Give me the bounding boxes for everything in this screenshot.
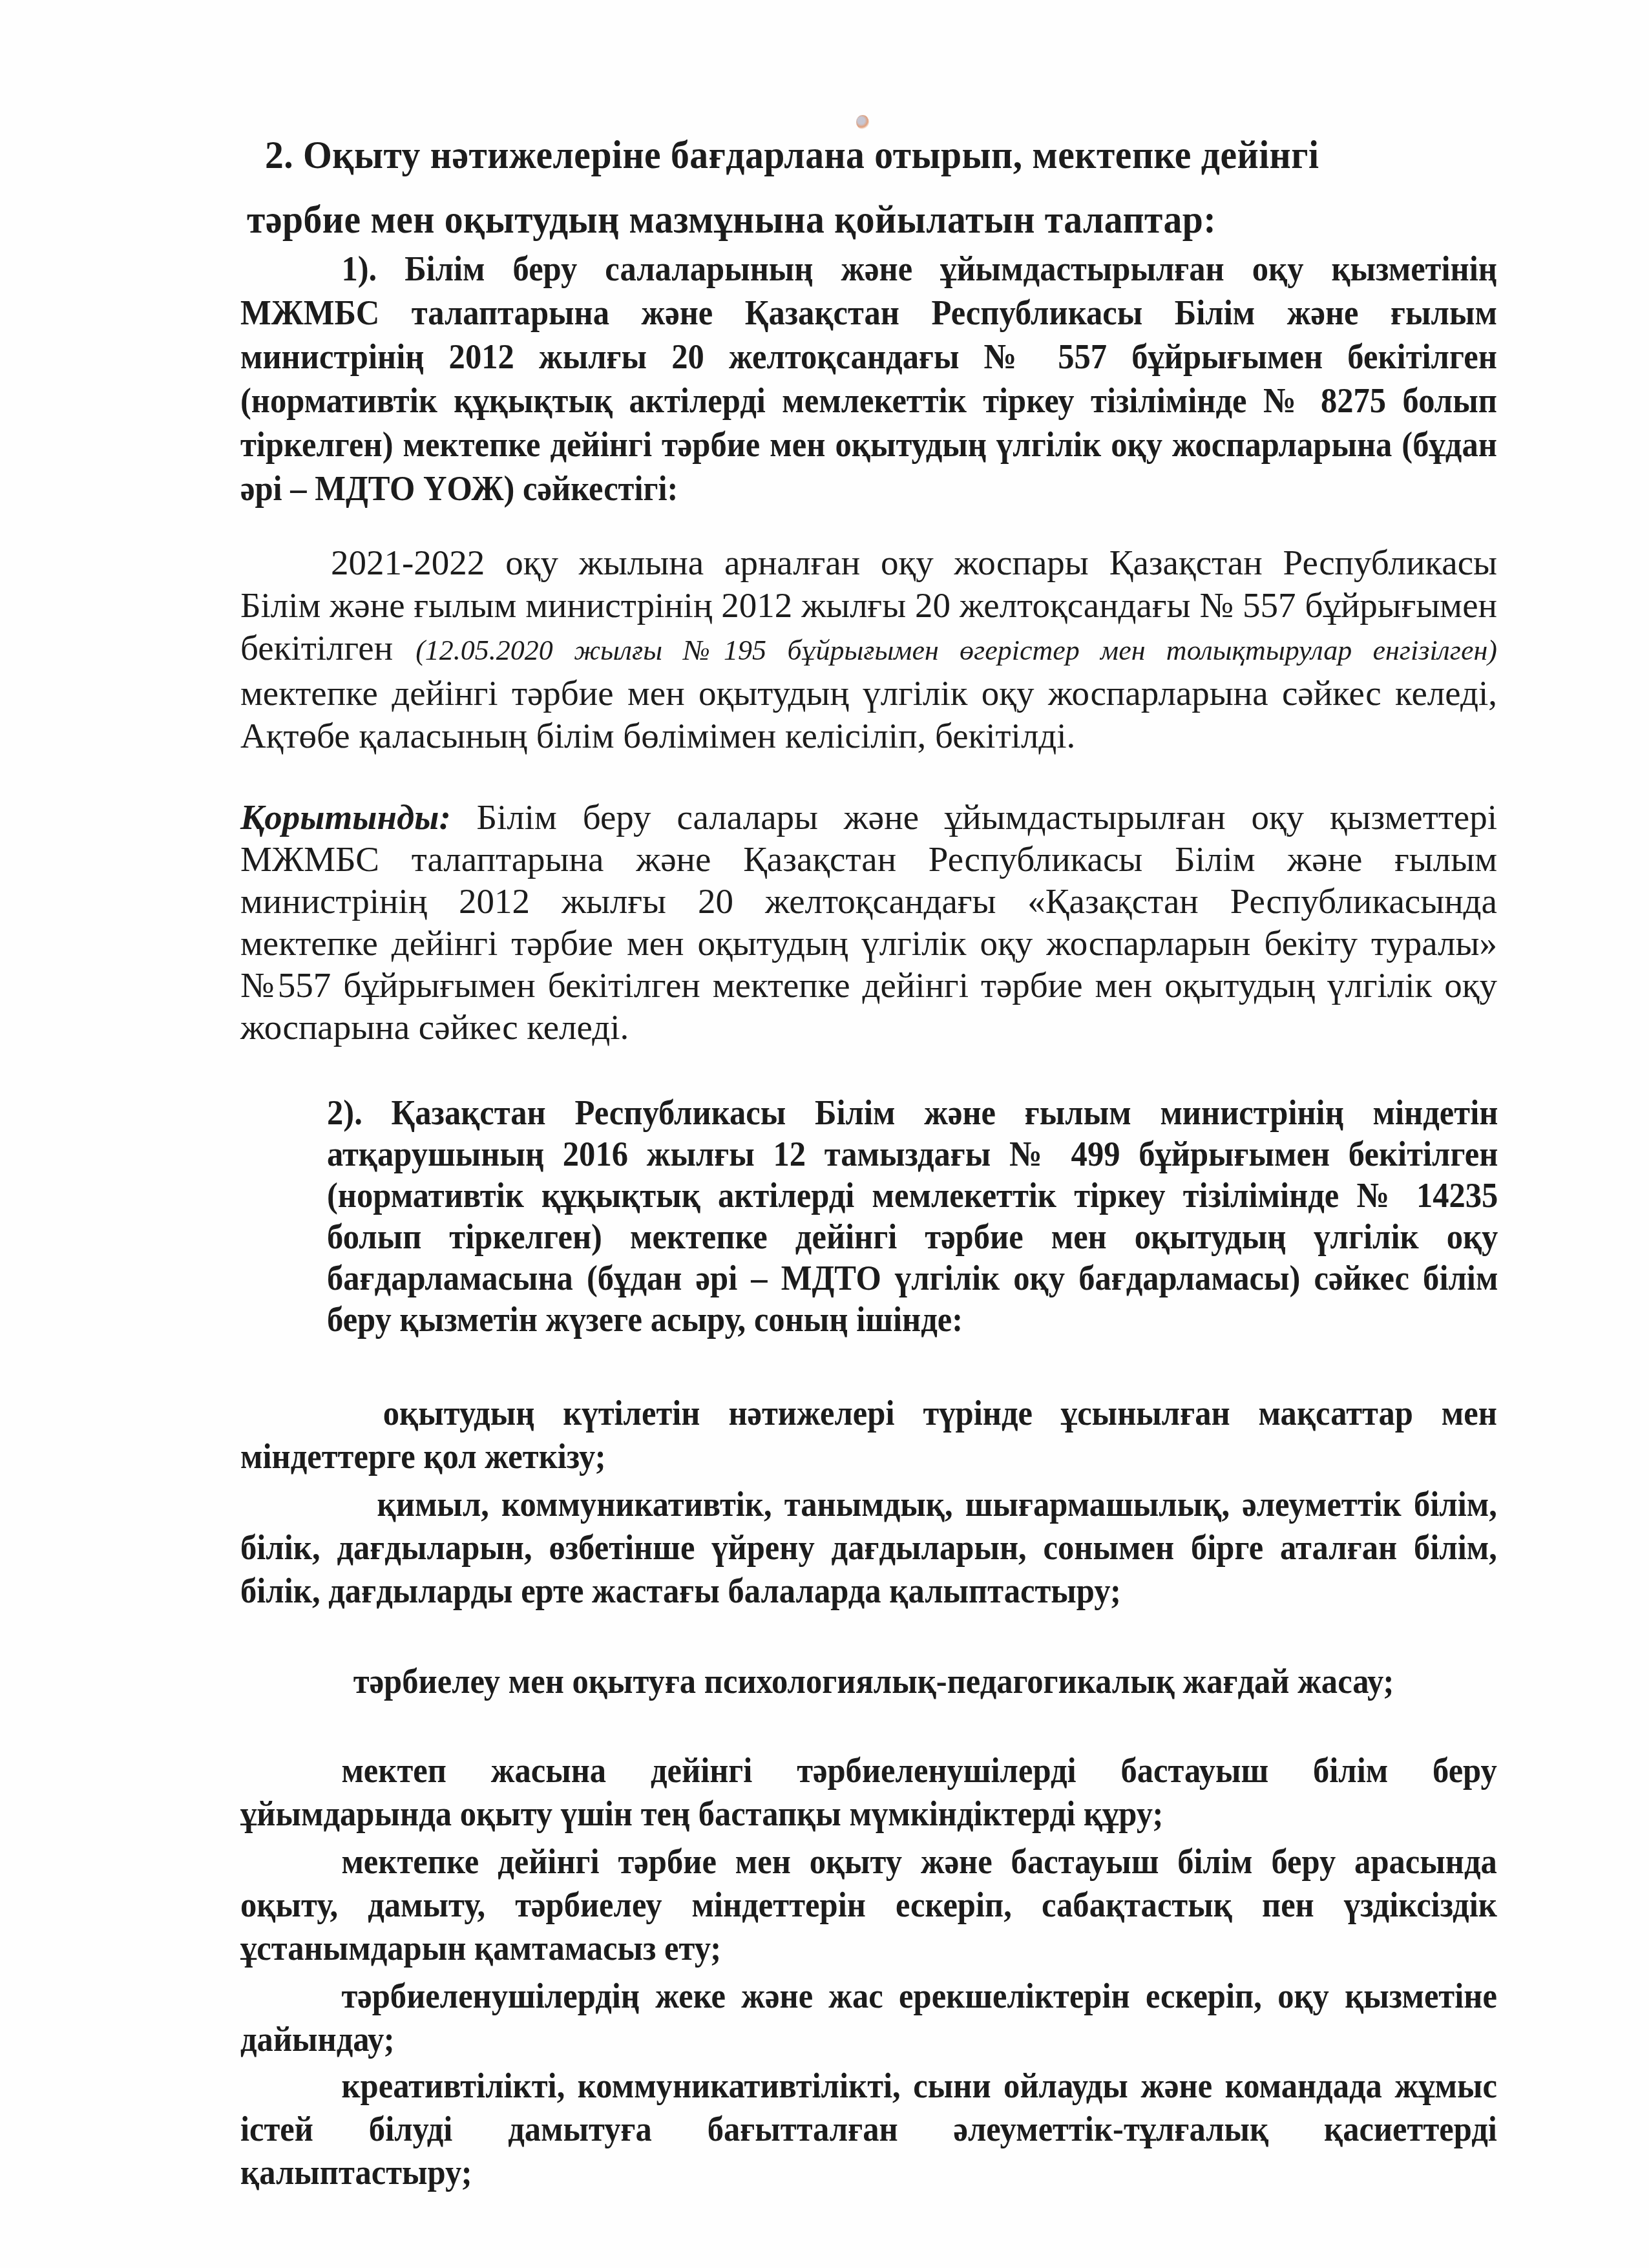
conclusion-paragraph: Қорытынды: Білім беру салалары және ұйым… <box>240 796 1497 1048</box>
requirement-item: оқытудың күтілетін нәтижелері түрінде ұс… <box>240 1391 1497 1478</box>
requirement-item: тәрбиеленушілердің жеке және жас ерекшел… <box>240 1974 1497 2061</box>
section-1-body-part-2: мектепке дейінгі тәрбие мен оқытудың үлг… <box>240 673 1497 755</box>
requirement-item: қимыл, коммуникативтік, танымдық, шығарм… <box>240 1482 1497 1612</box>
requirement-item: мектеп жасына дейінгі тәрбиеленушілерді … <box>240 1748 1497 1835</box>
requirement-item: креативтілікті, коммуникативтілікті, сын… <box>240 2064 1497 2194</box>
section-1-body: 2021-2022 оқу жылына арналған оқу жоспар… <box>240 541 1497 757</box>
conclusion-label: Қорытынды: <box>240 797 451 837</box>
document-page: 2. Оқыту нәтижелеріне бағдарлана отырып,… <box>0 0 1649 2268</box>
requirement-item: тәрбиелеу мен оқытуға психологиялық-педа… <box>240 1659 1497 1703</box>
heading-line-2: тәрбие мен оқытудың мазмұнына қойылатын … <box>247 187 1407 252</box>
section-1-intro: 1). Білім беру салаларының және ұйымдаст… <box>240 247 1497 510</box>
requirement-item: мектепке дейінгі тәрбие мен оқыту және б… <box>240 1840 1497 1969</box>
section-2-intro: 2). Қазақстан Республикасы Білім және ғы… <box>327 1092 1498 1340</box>
heading-line-1: 2. Оқыту нәтижелеріне бағдарлана отырып,… <box>265 133 1319 177</box>
section-heading: 2. Оқыту нәтижелеріне бағдарлана отырып,… <box>265 123 1407 252</box>
section-1-body-note: (12.05.2020 жылғы №195 бұйрығымен өгеріс… <box>415 635 1497 666</box>
